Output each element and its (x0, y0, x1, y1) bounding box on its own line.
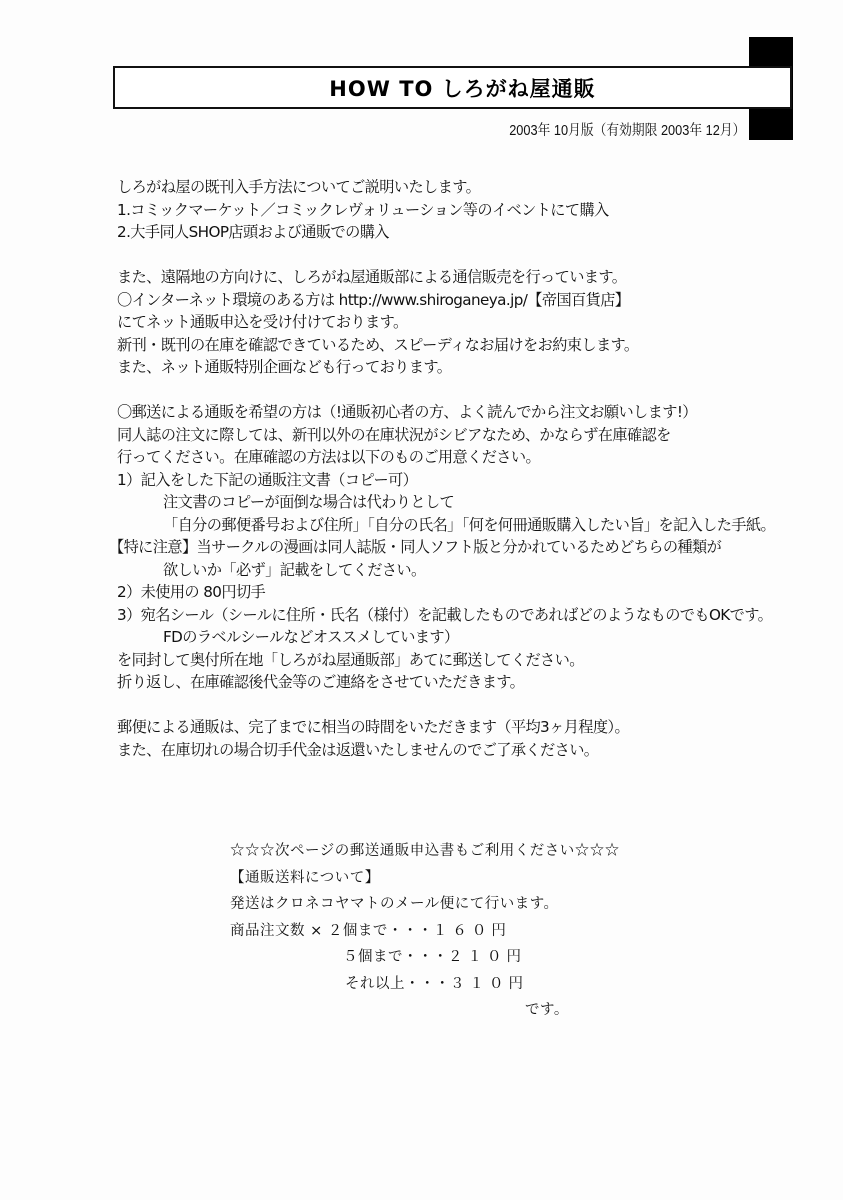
closing-line: を同封して奥付所在地「しろがね屋通販部」あてに郵送してください。 (117, 649, 837, 672)
main-body: しろがね屋の既刊入手方法についてご説明いたします。 1.コミックマーケット／コミ… (117, 176, 837, 761)
mail-order-line: 行ってください。在庫確認の方法は以下のものご用意ください。 (117, 446, 837, 469)
special-notice-sub: 欲しいか「必ず」記載をしてください。 (117, 559, 837, 582)
requirement-item-2: 2）未使用の 80円切手 (117, 581, 837, 604)
shipping-heading: 【通販送料について】 (230, 865, 620, 892)
note-line: また、在庫切れの場合切手代金は返還いたしませんのでご了承ください。 (117, 739, 837, 762)
online-line: また、遠隔地の方向けに、しろがね屋通販部による通信販売を行っています。 (117, 266, 837, 289)
method-item: 2.大手同人SHOP店頭および通販での購入 (117, 221, 837, 244)
requirement-item-3-sub: FDのラベルシールなどオススメしています） (117, 626, 837, 649)
requirement-sub: 注文書のコピーが面倒な場合は代わりとして (117, 491, 837, 514)
online-line: 新刊・既刊の在庫を確認できているため、スピーディなお届けをお約束します。 (117, 334, 837, 357)
requirement-sub: 「自分の郵便番号および住所」「自分の氏名」「何を何冊通販購入したい旨」を記入した… (117, 514, 837, 537)
edition-date: 2003年 10月版（有効期限 2003年 12月） (509, 119, 745, 140)
fee-suffix: です。 (230, 997, 620, 1024)
special-notice: 【特に注意】当サークルの漫画は同人誌版・同人ソフト版と分かれているためどちらの種… (109, 536, 837, 559)
fee-price: １６０円 (433, 923, 511, 939)
fee-label: ５個まで・・・ (343, 949, 448, 965)
fee-label: それ以上・・・ (345, 976, 450, 992)
page-title: HOW TO しろがね屋通販 (329, 73, 595, 103)
intro-lead: しろがね屋の既刊入手方法についてご説明いたします。 (117, 176, 837, 199)
closing-line: 折り返し、在庫確認後代金等のご連絡をさせていただきます。 (117, 671, 837, 694)
fee-price: ２１０円 (448, 949, 526, 965)
title-box: HOW TO しろがね屋通販 (113, 66, 792, 109)
requirement-item-3: 3）宛名シール（シールに住所・氏名（様付）を記載したものであればどのようなもので… (117, 604, 837, 627)
method-item: 1.コミックマーケット／コミックレヴォリューション等のイベントにて購入 (117, 199, 837, 222)
fee-row: ５個まで・・・２１０円 (230, 944, 620, 971)
mail-order-line: 同人誌の注文に際しては、新刊以外の在庫状況がシビアなため、かならず在庫確認を (117, 424, 837, 447)
shipping-carrier: 発送はクロネコヤマトのメール便にて行います。 (230, 891, 620, 918)
mail-order-line: 〇郵送による通販を希望の方は（!通販初心者の方、よく読んでから注文お願いします!… (117, 401, 837, 424)
note-line: 郵便による通販は、完了までに相当の時間をいただきます（平均3ヶ月程度）。 (117, 716, 837, 739)
online-url-line: 〇インターネット環境のある方は http://www.shiroganeya.j… (117, 289, 837, 312)
fee-row: 商品注文数 × ２個まで・・・１６０円 (230, 918, 620, 945)
requirement-item-1: 1）記入をした下記の通販注文書（コピー可） (117, 469, 837, 492)
fee-label: 商品注文数 × ２個まで・・・ (230, 923, 433, 939)
next-page-banner: ☆☆☆次ページの郵送通販申込書もご利用ください☆☆☆ (230, 838, 620, 865)
online-line: にてネット通販申込を受け付けております。 (117, 311, 837, 334)
shipping-section: ☆☆☆次ページの郵送通販申込書もご利用ください☆☆☆ 【通販送料について】 発送… (230, 838, 620, 1024)
fee-row: それ以上・・・３１０円 (230, 971, 620, 998)
fee-price: ３１０円 (450, 976, 528, 992)
online-line: また、ネット通販特別企画なども行っております。 (117, 356, 837, 379)
